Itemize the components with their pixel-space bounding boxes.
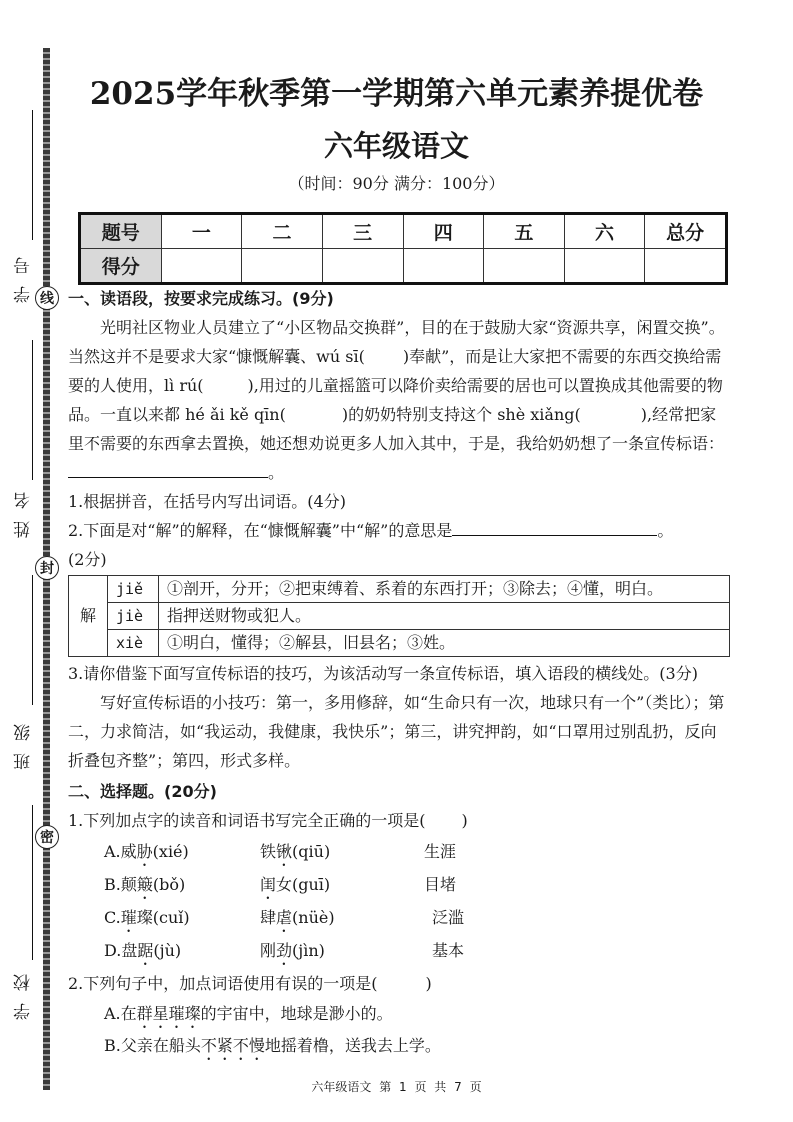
definition-row: jiè 指押送财物或犯人。 xyxy=(69,603,730,630)
q1-stem-text: 1.下列加点字的读音和词语书写完全正确的一项是( xyxy=(68,811,426,830)
dotted-char: 璀 xyxy=(121,901,137,936)
option-pinyin: (qiū) xyxy=(292,835,330,868)
score-header-cell: 题号 xyxy=(80,214,162,249)
section2-heading: 二、选择题。(20分) xyxy=(68,777,730,806)
option-label: C. xyxy=(104,901,121,934)
student-id-label: 学号 xyxy=(11,245,36,303)
option-text: 刚 xyxy=(260,934,276,967)
class-label: 班级 xyxy=(11,712,36,770)
option-word: 泛滥 xyxy=(424,901,464,934)
q2-option-a[interactable]: A.在群星璀璨的宇宙中，地球是渺小的。 xyxy=(68,998,730,1030)
section1-q1: 1.根据拼音，在括号内写出词语。(4分) xyxy=(68,487,730,516)
q2-stem-end: ) xyxy=(426,974,432,993)
exam-content: 一、读语段，按要求完成练习。(9分) 光明社区物业人员建立了“小区物品交换群”，… xyxy=(68,284,730,1062)
score-header-cell: 六 xyxy=(564,214,645,249)
definition-pinyin: jiè xyxy=(108,603,159,630)
score-cell[interactable] xyxy=(403,249,484,284)
score-header-cell: 五 xyxy=(484,214,565,249)
exam-time-score: （时间：90分 满分：100分） xyxy=(0,171,793,194)
seal-mark-xian: 线 xyxy=(35,286,59,310)
option-text: 地摇着橹，送我去上学。 xyxy=(265,1030,441,1062)
score-cell[interactable] xyxy=(161,249,242,284)
q1-option-c[interactable]: C.璀璨(cuǐ) 肆虐(nüè) 泛滥 xyxy=(68,901,730,934)
section1-q3: 3.请你借鉴下面写宣传标语的技巧，为该活动写一条宣传标语，填入语段的横线处。(3… xyxy=(68,659,730,688)
slogan-tips: 写好宣传标语的小技巧：第一，多用修辞，如“生命只有一次，地球只有一个”（类比）；… xyxy=(68,688,730,775)
option-word: 目堵 xyxy=(424,868,456,901)
score-table-score-row: 得分 xyxy=(80,249,727,284)
option-pinyin: (jù) xyxy=(153,934,181,967)
page-footer: 六年级语文 第 1 页 共 7 页 xyxy=(0,1078,793,1095)
score-header-cell: 四 xyxy=(403,214,484,249)
option-label: B. xyxy=(104,1030,121,1062)
section1-passage: 光明社区物业人员建立了“小区物品交换群”，目的在于鼓励大家“资源共享，闲置交换”… xyxy=(68,313,730,487)
score-cell[interactable] xyxy=(564,249,645,284)
exam-title: 2025学年秋季第一学期第六单元素养提优卷 xyxy=(0,68,793,113)
option-pinyin: 女(guī) xyxy=(276,868,330,901)
score-table: 题号 一 二 三 四 五 六 总分 得分 xyxy=(78,212,728,285)
option-text: 威 xyxy=(121,835,137,868)
definition-meaning: ①明白，懂得；②解县，旧县名；③姓。 xyxy=(159,630,730,657)
dotted-char: 簸 xyxy=(137,868,153,903)
score-header-cell: 总分 xyxy=(645,214,727,249)
q1-option-d[interactable]: D.盘踞(jù) 刚劲(jìn) 基本 xyxy=(68,934,730,967)
option-label: D. xyxy=(104,934,121,967)
option-pinyin: (jìn) xyxy=(292,934,325,967)
section1-heading: 一、读语段，按要求完成练习。(9分) xyxy=(68,284,730,313)
score-table-header-row: 题号 一 二 三 四 五 六 总分 xyxy=(80,214,727,249)
score-header-cell: 三 xyxy=(322,214,403,249)
option-pinyin: (bǒ) xyxy=(153,868,185,901)
q2-score: (2分) xyxy=(68,550,107,569)
score-header-cell: 一 xyxy=(161,214,242,249)
exam-subtitle: 六年级语文 xyxy=(0,124,793,165)
q1-option-b[interactable]: B.颠簸(bǒ) 闺女(guī) 目堵 xyxy=(68,868,730,901)
dotted-phrase: 群星璀璨 xyxy=(137,998,201,1030)
class-line[interactable] xyxy=(32,575,33,705)
option-pinyin: 璨(cuǐ) xyxy=(137,901,190,934)
q2-answer-blank[interactable] xyxy=(452,521,657,536)
score-cell[interactable] xyxy=(322,249,403,284)
section2-q1-stem: 1.下列加点字的读音和词语书写完全正确的一项是() xyxy=(68,806,730,835)
dotted-char: 闺 xyxy=(260,868,276,903)
dotted-char: 虐 xyxy=(276,901,292,936)
q2-stem-text: 2.下列句子中，加点词语使用有误的一项是( xyxy=(68,974,378,993)
q1-option-a[interactable]: A.威胁(xié) 铁锹(qiū) 生涯 xyxy=(68,835,730,868)
option-text: 颠 xyxy=(121,868,137,901)
option-pinyin: (xié) xyxy=(153,835,189,868)
q2-option-b[interactable]: B.父亲在船头不紧不慢地摇着橹，送我去上学。 xyxy=(68,1030,730,1062)
dotted-char: 劲 xyxy=(276,934,292,969)
option-text: 铁 xyxy=(260,835,276,868)
score-cell[interactable] xyxy=(242,249,323,284)
score-row-label: 得分 xyxy=(80,249,162,284)
dotted-phrase: 不紧不慢 xyxy=(201,1030,265,1062)
score-cell[interactable] xyxy=(484,249,565,284)
dotted-char: 锹 xyxy=(276,835,292,870)
dotted-char: 踞 xyxy=(137,934,153,969)
option-text: 盘 xyxy=(121,934,137,967)
definition-pinyin: xiè xyxy=(108,630,159,657)
dotted-char: 胁 xyxy=(137,835,153,870)
option-text: 父亲在船头 xyxy=(121,1030,201,1062)
option-pinyin: (nüè) xyxy=(292,901,335,934)
seal-mark-feng: 封 xyxy=(35,556,59,580)
option-word: 生涯 xyxy=(424,835,456,868)
section2-q2-stem: 2.下列句子中，加点词语使用有误的一项是() xyxy=(68,969,730,998)
definition-row: 解 jiě ①剖开，分开；②把束缚着、系着的东西打开；③除去；④懂，明白。 xyxy=(69,576,730,603)
definition-pinyin: jiě xyxy=(108,576,159,603)
name-label: 姓名 xyxy=(11,480,36,538)
definition-meaning: 指押送财物或犯人。 xyxy=(159,603,730,630)
q1-stem-end: ) xyxy=(462,811,468,830)
passage-end: 。 xyxy=(268,463,284,482)
definition-char: 解 xyxy=(69,576,108,657)
definition-table: 解 jiě ①剖开，分开；②把束缚着、系着的东西打开；③除去；④懂，明白。 ji… xyxy=(68,575,730,657)
slogan-blank[interactable] xyxy=(68,463,268,478)
score-cell[interactable] xyxy=(645,249,727,284)
q2-end: 。 xyxy=(657,521,673,540)
school-label: 学校 xyxy=(11,962,36,1020)
definition-row: xiè ①明白，懂得；②解县，旧县名；③姓。 xyxy=(69,630,730,657)
definition-meaning: ①剖开，分开；②把束缚着、系着的东西打开；③除去；④懂，明白。 xyxy=(159,576,730,603)
option-text: 的宇宙中，地球是渺小的。 xyxy=(201,998,393,1030)
name-line[interactable] xyxy=(32,340,33,480)
seal-mark-mi: 密 xyxy=(35,825,59,849)
option-label: A. xyxy=(104,835,121,868)
option-label: A. xyxy=(104,998,121,1030)
option-text: 在 xyxy=(121,998,137,1030)
passage-part: )的奶奶特别支持这个 shè xiǎng( xyxy=(342,405,581,424)
score-header-cell: 二 xyxy=(242,214,323,249)
option-label: B. xyxy=(104,868,121,901)
q2-stem: 2.下面是对“解”的解释，在“慷慨解囊”中“解”的意思是 xyxy=(68,521,452,540)
section1-q2: 2.下面是对“解”的解释，在“慷慨解囊”中“解”的意思是。(2分) xyxy=(68,516,730,574)
option-text: 肆 xyxy=(260,901,276,934)
school-line[interactable] xyxy=(32,805,33,960)
option-word: 基本 xyxy=(424,934,464,967)
